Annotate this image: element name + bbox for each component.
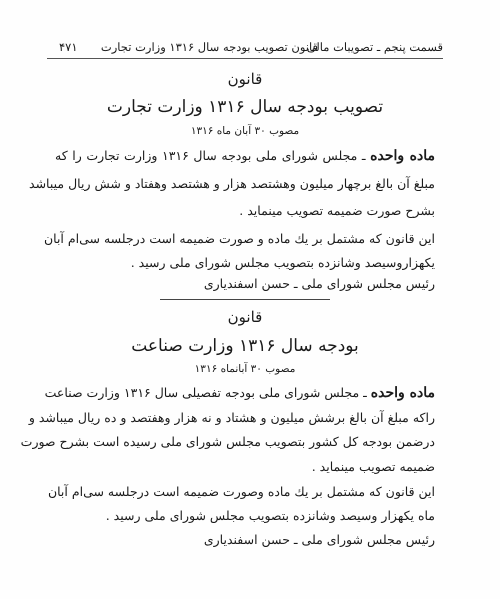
law1-heading: قانون — [55, 70, 435, 88]
header-rule — [47, 58, 443, 59]
law2-signature: رئیس مجلس شورای ملی ـ حسن اسفندیاری — [55, 532, 435, 547]
law1-closing-2: یکهزاروسیصد وشانزده بتصویب مجلس شورای مل… — [55, 255, 435, 270]
law2-closing-1: این قانون که مشتمل بر یك ماده وصورت ضمیم… — [55, 484, 435, 499]
law2-line-3: درضمن بودجه کل کشور بتصویب مجلس شورای مل… — [55, 434, 435, 449]
law1-line-2: مبلغ آن بالغ برچهار میلیون وهشتصد هزار و… — [55, 176, 435, 191]
law2-line-4: ضمیمه تصویب مینماید . — [55, 459, 435, 474]
law2-approval-date: مصوب ۳۰ آبانماه ۱۳۱۶ — [55, 363, 435, 375]
law2-article-label: ماده واحده — [371, 385, 435, 401]
law2-title: بودجه سال ۱۳۱۶ وزارت صناعت — [55, 336, 435, 356]
section-title: قسمت پنجم ـ تصویبات مالی — [307, 40, 443, 54]
law1-closing-1: این قانون که مشتمل بر یك ماده و صورت ضمی… — [55, 231, 435, 246]
law1-article-label: ماده واحده — [370, 148, 435, 164]
section-divider — [160, 299, 330, 300]
page-number: ۴۷۱ — [59, 40, 78, 54]
law2-line-2: راکه مبلغ آن بالغ برشش میلیون و هشتاد و … — [55, 410, 435, 425]
law2-heading: قانون — [55, 308, 435, 326]
law2-article-line: ماده واحده ـ مجلس شورای ملی بودجه تفصیلی… — [55, 385, 435, 401]
law1-signature: رئیس مجلس شورای ملی ـ حسن اسفندیاری — [55, 276, 435, 291]
law1-line-3: بشرح صورت ضمیمه تصویب مینماید . — [55, 203, 435, 218]
law1-article-text: ـ مجلس شورای ملی بودجه سال ۱۳۱۶ وزارت تج… — [55, 148, 366, 163]
law2-article-text: ـ مجلس شورای ملی بودجه تفصیلی سال ۱۳۱۶ و… — [45, 385, 367, 400]
law1-title: تصویب بودجه سال ۱۳۱۶ وزارت تجارت — [55, 97, 435, 117]
law1-approval-date: مصوب ۳۰ آبان ماه ۱۳۱۶ — [55, 125, 435, 137]
running-title: قانون تصویب بودجه سال ۱۳۱۶ وزارت تجارت — [101, 40, 318, 54]
running-header: قسمت پنجم ـ تصویبات مالی قانون تصویب بود… — [47, 38, 443, 56]
document-page: قسمت پنجم ـ تصویبات مالی قانون تصویب بود… — [0, 0, 500, 599]
law1-article-line: ماده واحده ـ مجلس شورای ملی بودجه سال ۱۳… — [55, 148, 435, 164]
law2-closing-2: ماه یکهزار وسیصد وشانزده بتصویب مجلس شور… — [55, 508, 435, 523]
